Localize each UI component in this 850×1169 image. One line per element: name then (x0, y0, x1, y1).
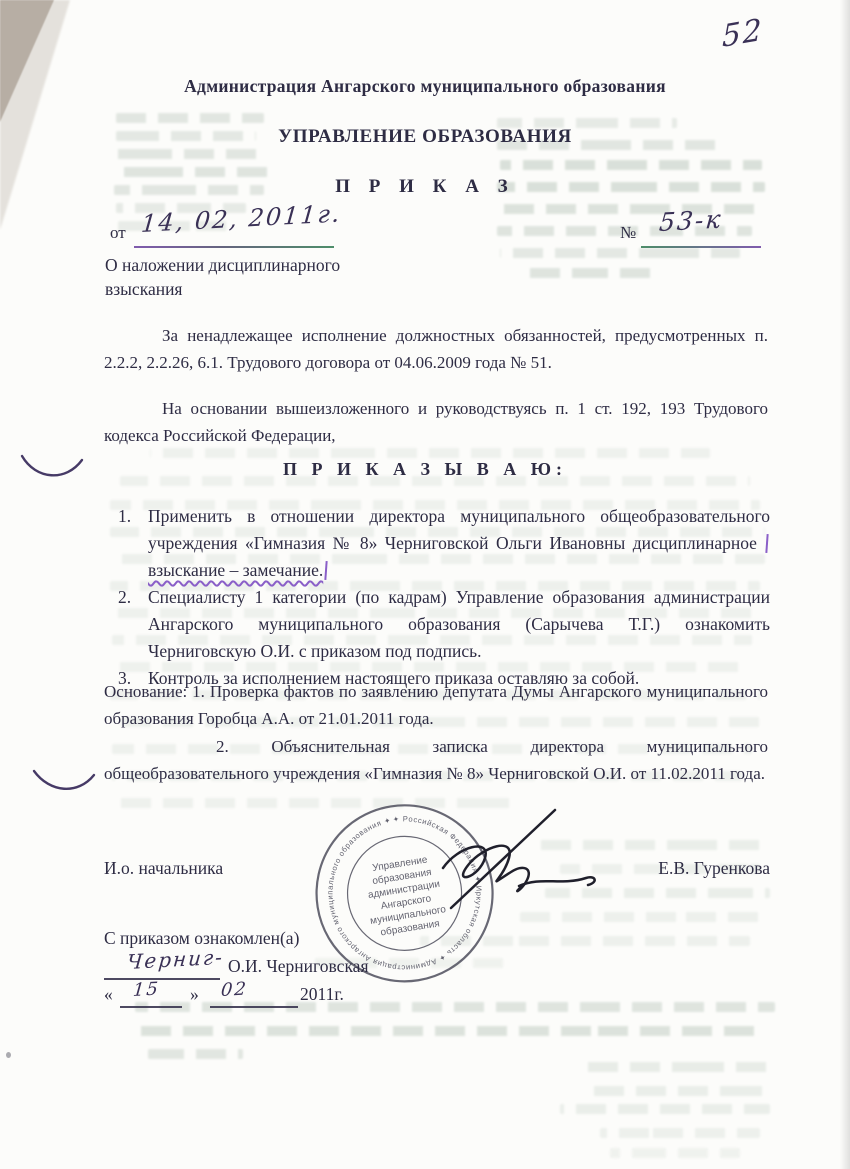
bleed-through-line (148, 1049, 243, 1059)
date-day-line (120, 1006, 182, 1008)
basis-paragraph-1: Основание: 1. Проверка фактов по заявлен… (104, 678, 768, 732)
bleed-through-line (600, 1128, 760, 1138)
department-name-line: УПРАВЛЕНИЕ ОБРАЗОВАНИЯ (0, 126, 850, 148)
pen-margin-mark-2 (28, 763, 102, 803)
ink-speck (6, 1052, 11, 1058)
pen-tick-right (325, 561, 328, 580)
order-item-2: 2. Специалисту 1 категории (по кадрам) У… (118, 584, 770, 665)
acknowledgment-date-year: 2011г. (300, 984, 344, 1005)
order-item-1-text-before: Применить в отношении директора муниципа… (148, 506, 770, 553)
bleed-through-line (150, 448, 710, 458)
handwritten-acknowledgment-signature: Черниг- (126, 945, 225, 974)
bleed-through-line (528, 268, 660, 278)
basis-paragraph-2: 2. Объяснительная записка директора муни… (104, 733, 768, 787)
acknowledgment-signature-line (104, 978, 220, 980)
bleed-through-line (116, 113, 264, 123)
order-item-1-text: Применить в отношении директора муниципа… (148, 503, 770, 584)
pen-underlined-phrase: взыскание – замечание. (148, 560, 323, 580)
bleed-through-line (585, 1086, 765, 1096)
document-type-title: П Р И К А З (0, 176, 850, 198)
number-underline (641, 246, 761, 248)
acknowledgment-date-quote-open: « (104, 984, 113, 1005)
bleed-through-line (560, 1104, 770, 1114)
acknowledgment-date-quote-close: » (190, 984, 199, 1005)
handwritten-date-month: 02 (220, 978, 249, 1001)
scanned-order-document: 52 Администрация Ангарского муниципально… (0, 0, 850, 1169)
acknowledgment-name: О.И. Черниговская (228, 956, 369, 977)
handwritten-order-number: 53-к (658, 205, 724, 237)
handwritten-date-day: 15 (132, 978, 161, 1001)
date-underline (134, 246, 334, 248)
date-month-line (210, 1006, 298, 1008)
pen-tick-left (766, 534, 769, 553)
signer-name: Е.В. Гуренкова (558, 858, 770, 879)
bleed-through-line (500, 248, 740, 258)
bleed-through-line (130, 1026, 755, 1036)
page-corner-fold (0, 0, 54, 122)
order-items-list: 1. Применить в отношении директора муниц… (118, 503, 770, 692)
bleed-through-line (610, 1148, 740, 1158)
order-item-2-number: 2. (118, 584, 148, 611)
bleed-through-line (580, 1062, 770, 1072)
paragraph-violation: За ненадлежащее исполнение должностных о… (104, 322, 768, 376)
date-prefix-label: от (110, 223, 126, 243)
handwritten-page-number: 52 (722, 12, 764, 55)
order-item-1-number: 1. (118, 503, 148, 530)
number-prefix-label: № (620, 223, 636, 243)
subject-line-2: взыскания (105, 279, 183, 300)
paragraph-legal-basis: На основании вышеизложенного и руководст… (104, 395, 768, 449)
subject-line-1: О наложении дисциплинарного (105, 255, 340, 276)
bleed-through-line (116, 149, 266, 159)
order-item-1: 1. Применить в отношении директора муниц… (118, 503, 770, 584)
signer-position-label: И.о. начальника (104, 858, 223, 879)
org-name-line: Администрация Ангарского муниципального … (0, 76, 850, 97)
pen-margin-mark-1 (16, 446, 90, 488)
order-heading: П Р И К А З Ы В А Ю: (0, 459, 850, 480)
bleed-through-line (500, 160, 762, 170)
order-item-2-text: Специалисту 1 категории (по кадрам) Упра… (148, 584, 770, 665)
